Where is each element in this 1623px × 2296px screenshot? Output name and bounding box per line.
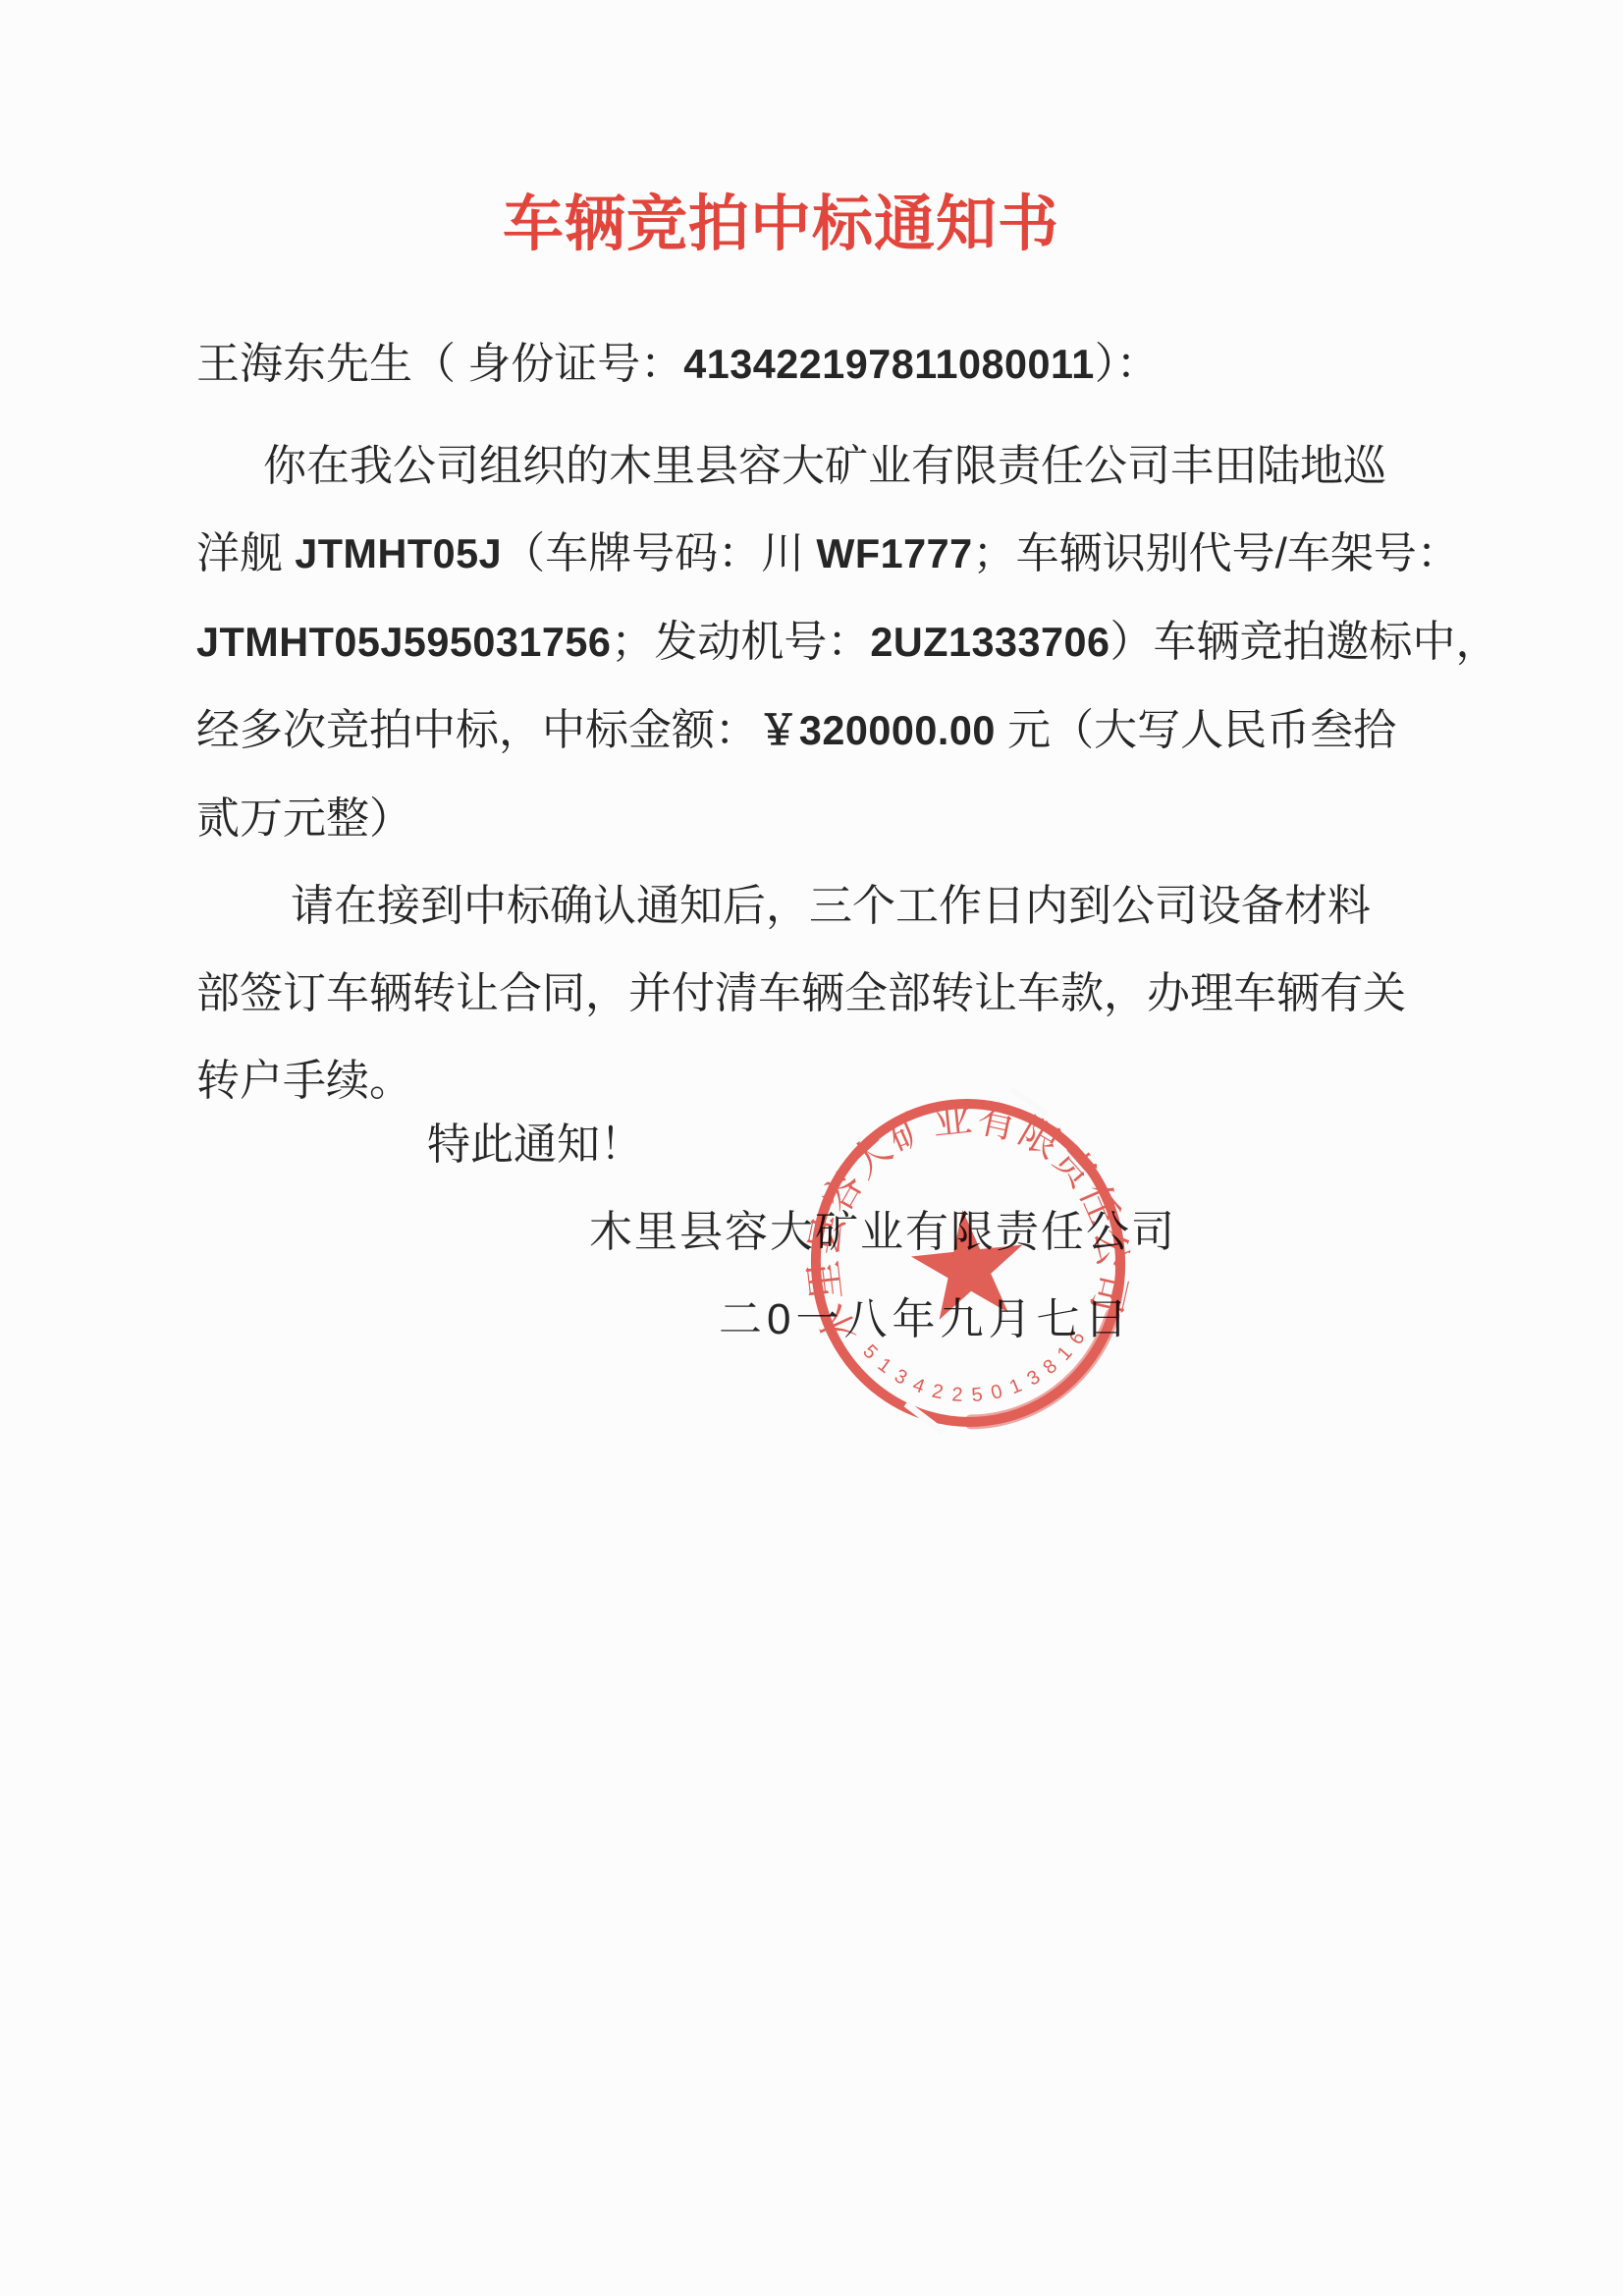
seal-star-icon [907,1204,1030,1322]
document-title: 车辆竞拍中标通知书 [0,175,1623,262]
engine-label: ；发动机号： [611,618,870,666]
engine-number: 2UZ1333706 [870,620,1109,665]
auction-paragraph-line3: JTMHT05J595031756；发动机号：2UZ1333706）车辆竞拍邀标… [196,598,1360,686]
vin-label: ；车辆识别代号/车架号： [973,529,1460,577]
auction-paragraph-line5: 贰万元整） [196,775,1360,862]
company-seal-stamp: 木里县容大矿业有限责任公司 5134225013816 [782,1071,1155,1454]
instruction-paragraph-line1: 请在接到中标确认通知后，三个工作日内到公司设备材料 [196,862,1360,950]
auction-phrase: ）车辆竞拍邀标中， [1110,618,1499,666]
vehicle-name: 洋舰 [196,529,295,577]
auction-paragraph-line2: 洋舰 JTMHT05J（车牌号码：川 WF1777；车辆识别代号/车架号： [196,510,1360,598]
amount-label: 经多次竞拍中标，中标金额： [196,706,758,754]
instruction-paragraph-line2: 部签订车辆转让合同，并付清车辆全部转让车款，办理车辆有关 [196,950,1360,1037]
bid-amount: ￥320000.00 [758,708,996,753]
recipient-line: 王海东先生（ 身份证号：413422197811080011）： [196,320,1360,409]
recipient-prefix: 王海东先生（ 身份证号： [196,340,683,388]
document-body: 王海东先生（ 身份证号：413422197811080011）： 你在我公司组织… [196,320,1360,1363]
auction-paragraph-line4: 经多次竞拍中标，中标金额：￥320000.00 元（大写人民币叁拾 [196,686,1360,775]
recipient-id-number: 413422197811080011 [683,342,1094,387]
plate-label: （车牌号码：川 [502,529,816,577]
vin-number: JTMHT05J595031756 [196,620,611,665]
scanned-notice-page: 车辆竞拍中标通知书 王海东先生（ 身份证号：413422197811080011… [0,0,1623,2296]
recipient-suffix: ）： [1095,340,1160,388]
auction-paragraph-line1: 你在我公司组织的木里县容大矿业有限责任公司丰田陆地巡 [196,422,1360,510]
amount-words-prefix: 元（大写人民币叁拾 [996,706,1396,754]
vehicle-model-code: JTMHT05J [295,531,502,576]
plate-number: WF1777 [816,531,972,576]
